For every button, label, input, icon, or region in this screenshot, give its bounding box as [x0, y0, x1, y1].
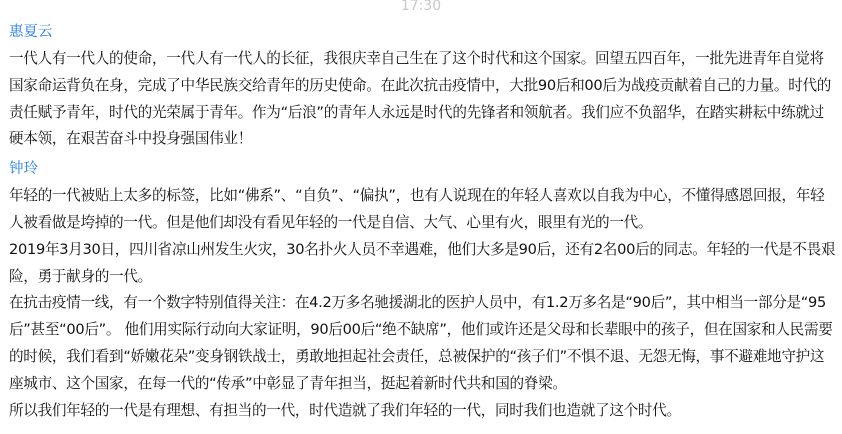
chat-history: 惠夏云 一代人有一代人的使命，一代人有一代人的长征，我很庆幸自己生在了这个时代和… [9, 20, 836, 428]
message-body: 年轻的一代被贴上太多的标签，比如“佛系”、“自负”、“偏执”，也有人说现在的年轻… [9, 183, 836, 424]
message-paragraph: 2019年3月30日，四川省凉山州发生火灾，30名扑火人员不幸遇难，他们大多是9… [9, 237, 836, 291]
sender-name[interactable]: 钟玲 [9, 157, 836, 183]
message-paragraph: 年轻的一代被贴上太多的标签，比如“佛系”、“自负”、“偏执”，也有人说现在的年轻… [9, 183, 836, 237]
message-body: 一代人有一代人的使命，一代人有一代人的长征，我很庆幸自己生在了这个时代和这个国家… [9, 46, 836, 153]
chat-message: 惠夏云 一代人有一代人的使命，一代人有一代人的长征，我很庆幸自己生在了这个时代和… [9, 20, 836, 153]
message-paragraph: 在抗击疫情一线，有一个数字特别值得关注：在4.2万多名驰援湖北的医护人员中，有1… [9, 290, 836, 397]
sender-name[interactable]: 惠夏云 [9, 20, 836, 46]
message-paragraph: 一代人有一代人的使命，一代人有一代人的长征，我很庆幸自己生在了这个时代和这个国家… [9, 46, 836, 153]
chat-message: 钟玲 年轻的一代被贴上太多的标签，比如“佛系”、“自负”、“偏执”，也有人说现在… [9, 157, 836, 424]
chat-timestamp: 17:30 [0, 0, 842, 16]
message-paragraph: 所以我们年轻的一代是有理想、有担当的一代，时代造就了我们年轻的一代，同时我们也造… [9, 398, 836, 425]
